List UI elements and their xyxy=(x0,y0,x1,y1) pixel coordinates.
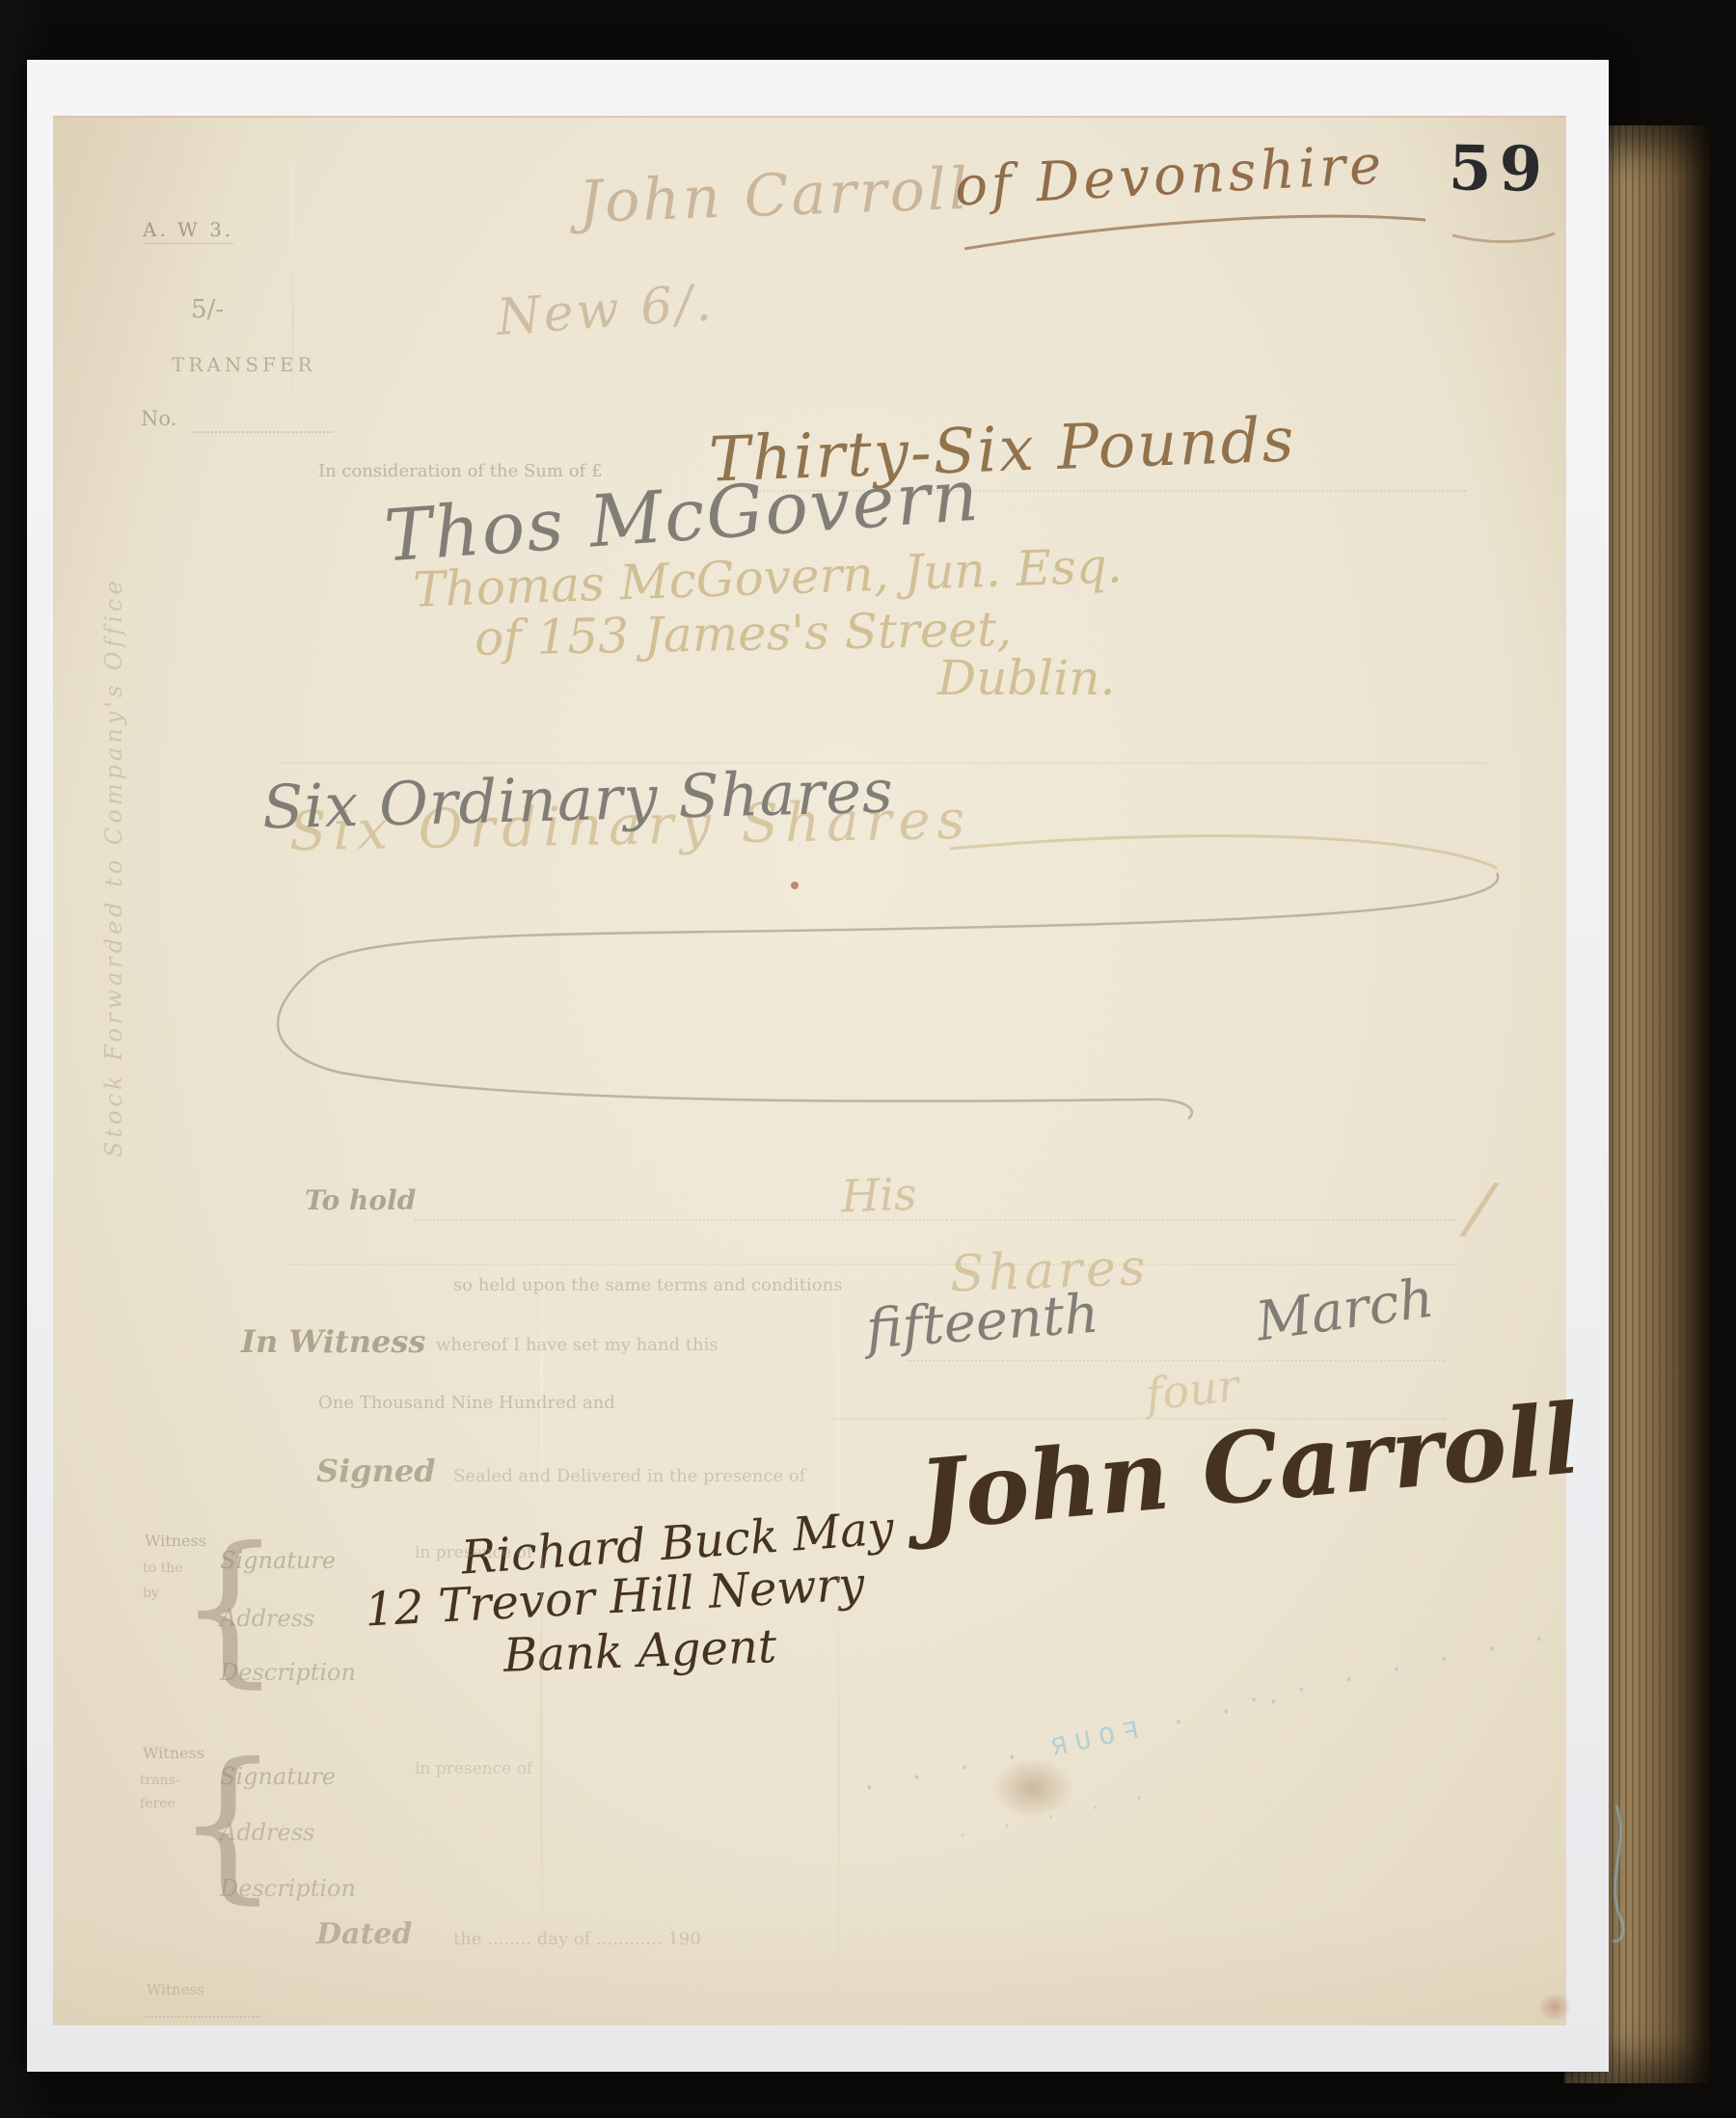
header-underline-flourish xyxy=(964,216,1425,249)
dated-fragment: the ........ day of ............ 190 xyxy=(453,1929,701,1949)
ink-stain xyxy=(991,1757,1074,1819)
witness-sub3: trans- xyxy=(140,1773,180,1788)
terms-fragment: so held upon the same terms and conditio… xyxy=(453,1275,842,1295)
year-line-printed: One Thousand Nine Hundred and xyxy=(318,1393,615,1413)
header-flourish-tail xyxy=(1452,233,1555,242)
in-presence-1: in presence of xyxy=(415,1543,532,1562)
photographed-ledger-page: 59 John Carroll of Devonshire New 6/. A.… xyxy=(0,0,1736,2118)
in-presence-2: in presence of xyxy=(415,1759,532,1779)
in-witness-printed: In Witness xyxy=(241,1323,425,1360)
to-hold-printed: To hold xyxy=(305,1184,416,1216)
form-code: A. W 3. xyxy=(143,218,233,244)
dated-printed: Dated xyxy=(316,1917,412,1951)
signed-printed: Signed xyxy=(316,1453,436,1489)
mid-rule-2 xyxy=(289,1263,1456,1265)
in-witness-fragment: whereof I have set my hand this xyxy=(436,1335,719,1355)
description-label-2: Description xyxy=(220,1875,356,1902)
no-dotted-rule xyxy=(193,431,333,433)
paper-crease-1 xyxy=(540,1138,543,2006)
transferee-ink-line3: Dublin. xyxy=(937,650,1115,706)
mid-rule-1 xyxy=(415,1219,1456,1221)
day-rule xyxy=(907,1360,1447,1362)
consideration-printed: In consideration of the Sum of £ xyxy=(318,461,602,481)
form-transfer-label: TRANSFER xyxy=(172,353,316,376)
header-transferor-name: John Carroll xyxy=(578,155,971,236)
form-no-label: No. xyxy=(141,407,176,430)
margin-note-vertical: Stock Forwarded to Company's Office xyxy=(100,598,141,1157)
transferee-ink-line2: of 153 James's Street, xyxy=(475,601,1013,666)
ink-dash-after-shares xyxy=(950,836,1497,868)
pencil-lasso-loop xyxy=(278,873,1498,1119)
bottom-rule xyxy=(145,2016,260,2018)
witness-sub4: feree xyxy=(140,1796,176,1811)
signature-label-2: Signature xyxy=(220,1763,336,1790)
paper-crease-2 xyxy=(837,1244,840,2016)
signature-label-1: Signature xyxy=(220,1547,336,1574)
form-fee: 5/- xyxy=(191,295,224,324)
address-label-2: Address xyxy=(220,1819,314,1846)
witness-sub2: by xyxy=(143,1586,159,1601)
description-label-1: Description xyxy=(220,1659,356,1686)
address-label-1: Address xyxy=(220,1605,314,1632)
blue-ink-squiggle xyxy=(1613,1806,1623,1941)
holder-pronoun: His xyxy=(840,1168,917,1223)
edge-stain xyxy=(1537,1993,1572,2022)
page-number-stamp: 59 xyxy=(1448,132,1550,206)
witness-occupation: Bank Agent xyxy=(502,1619,777,1683)
red-speck xyxy=(791,882,799,889)
paper-crease-3 xyxy=(291,125,294,415)
bottom-witness-label: Witness xyxy=(147,1981,204,1998)
signed-fragment: Sealed and Delivered in the presence of xyxy=(453,1466,805,1486)
